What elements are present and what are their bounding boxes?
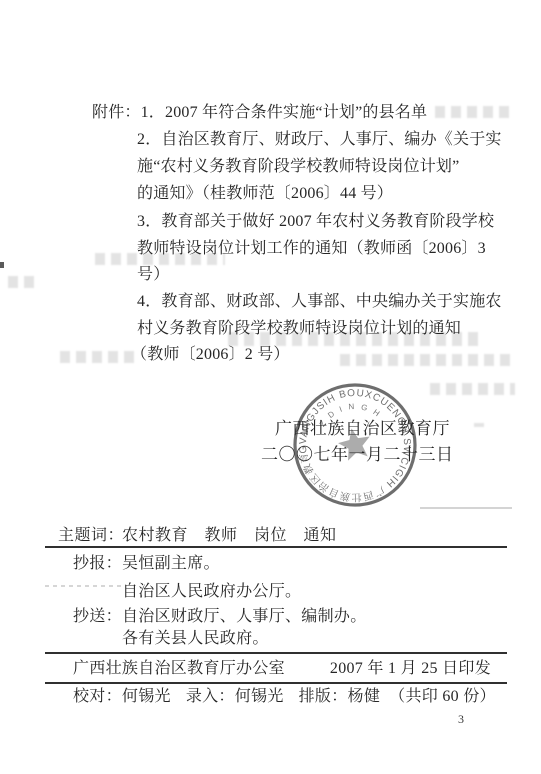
issue-date: 二〇〇七年一月二十三日 xyxy=(261,446,454,463)
print-date: 2007 年 1 月 25 日印发 xyxy=(330,661,491,677)
scanned-document-page: 附件：1．2007 年符合条件实施“计划”的县名单 2．自治区教育厅、财政厅、人… xyxy=(0,0,541,774)
subject-label: 主题词： xyxy=(58,528,124,544)
bleed-through-artifact xyxy=(8,276,40,288)
bleed-through-artifact xyxy=(435,106,515,118)
bleed-through-artifact xyxy=(60,351,140,363)
attachment-line: 3．教育部关于做好 2007 年农村义务教育阶段学校 xyxy=(137,214,494,230)
proofreader-name: 何锡光 xyxy=(122,689,171,705)
subject-terms: 农村教育 教师 岗位 通知 xyxy=(122,528,337,544)
layout-name: 杨健 xyxy=(348,689,381,705)
attachment-line: 施“农村义务教育阶段学校教师特设岗位计划” xyxy=(137,159,459,175)
scan-artifact-line xyxy=(420,507,512,509)
typist-label: 录入： xyxy=(186,689,235,705)
copy-send-line: 自治区财政厅、人事厅、编制办。 xyxy=(122,609,367,625)
attachment-line: 2．自治区教育厅、财政厅、人事厅、编办《关于实 xyxy=(137,132,502,148)
bleed-through-artifact xyxy=(340,354,512,366)
layout-label: 排版： xyxy=(299,689,348,705)
attachment-line: 村义务教育阶段学校教师特设岗位计划的通知 xyxy=(137,321,461,337)
attachment-line: 号） xyxy=(137,267,169,283)
issuing-office: 广西壮族自治区教育厅办公室 xyxy=(73,661,285,677)
copy-send-label: 抄送： xyxy=(73,609,122,625)
issuer-name: 广西壮族自治区教育厅 xyxy=(275,420,450,437)
scan-speck xyxy=(0,262,4,268)
proofreader-label: 校对： xyxy=(73,689,122,705)
attachment-line: 教师特设岗位计划工作的通知（教师函〔2006〕3 xyxy=(137,241,486,257)
copy-report-line: 自治区人民政府办公厅。 xyxy=(122,584,301,600)
scan-artifact-line xyxy=(45,585,123,587)
bleed-through-artifact xyxy=(430,383,515,395)
separator-rule xyxy=(45,652,507,654)
attachment-line: 的通知》（桂教师范〔2006〕44 号） xyxy=(137,186,393,202)
attachment-line: 4．教育部、财政部、人事部、中央编办关于实施农 xyxy=(137,294,502,310)
copy-send-line: 各有关县人民政府。 xyxy=(122,631,269,647)
print-copies: （共印 60 份） xyxy=(389,689,496,705)
page-number: 3 xyxy=(458,713,464,725)
copy-report-label: 抄报： xyxy=(73,556,122,572)
separator-rule xyxy=(45,546,507,548)
bleed-through-artifact xyxy=(474,423,488,427)
copy-report-line: 吴恒副主席。 xyxy=(122,556,220,572)
separator-rule xyxy=(45,682,507,684)
production-credits-row: 校对：何锡光 录入：何锡光 排版：杨健 （共印 60 份） xyxy=(73,689,496,705)
attachment-line: （教师〔2006〕2 号） xyxy=(131,347,290,363)
typist-name: 何锡光 xyxy=(235,689,284,705)
attachment-line: 附件：1．2007 年符合条件实施“计划”的县名单 xyxy=(92,105,427,121)
